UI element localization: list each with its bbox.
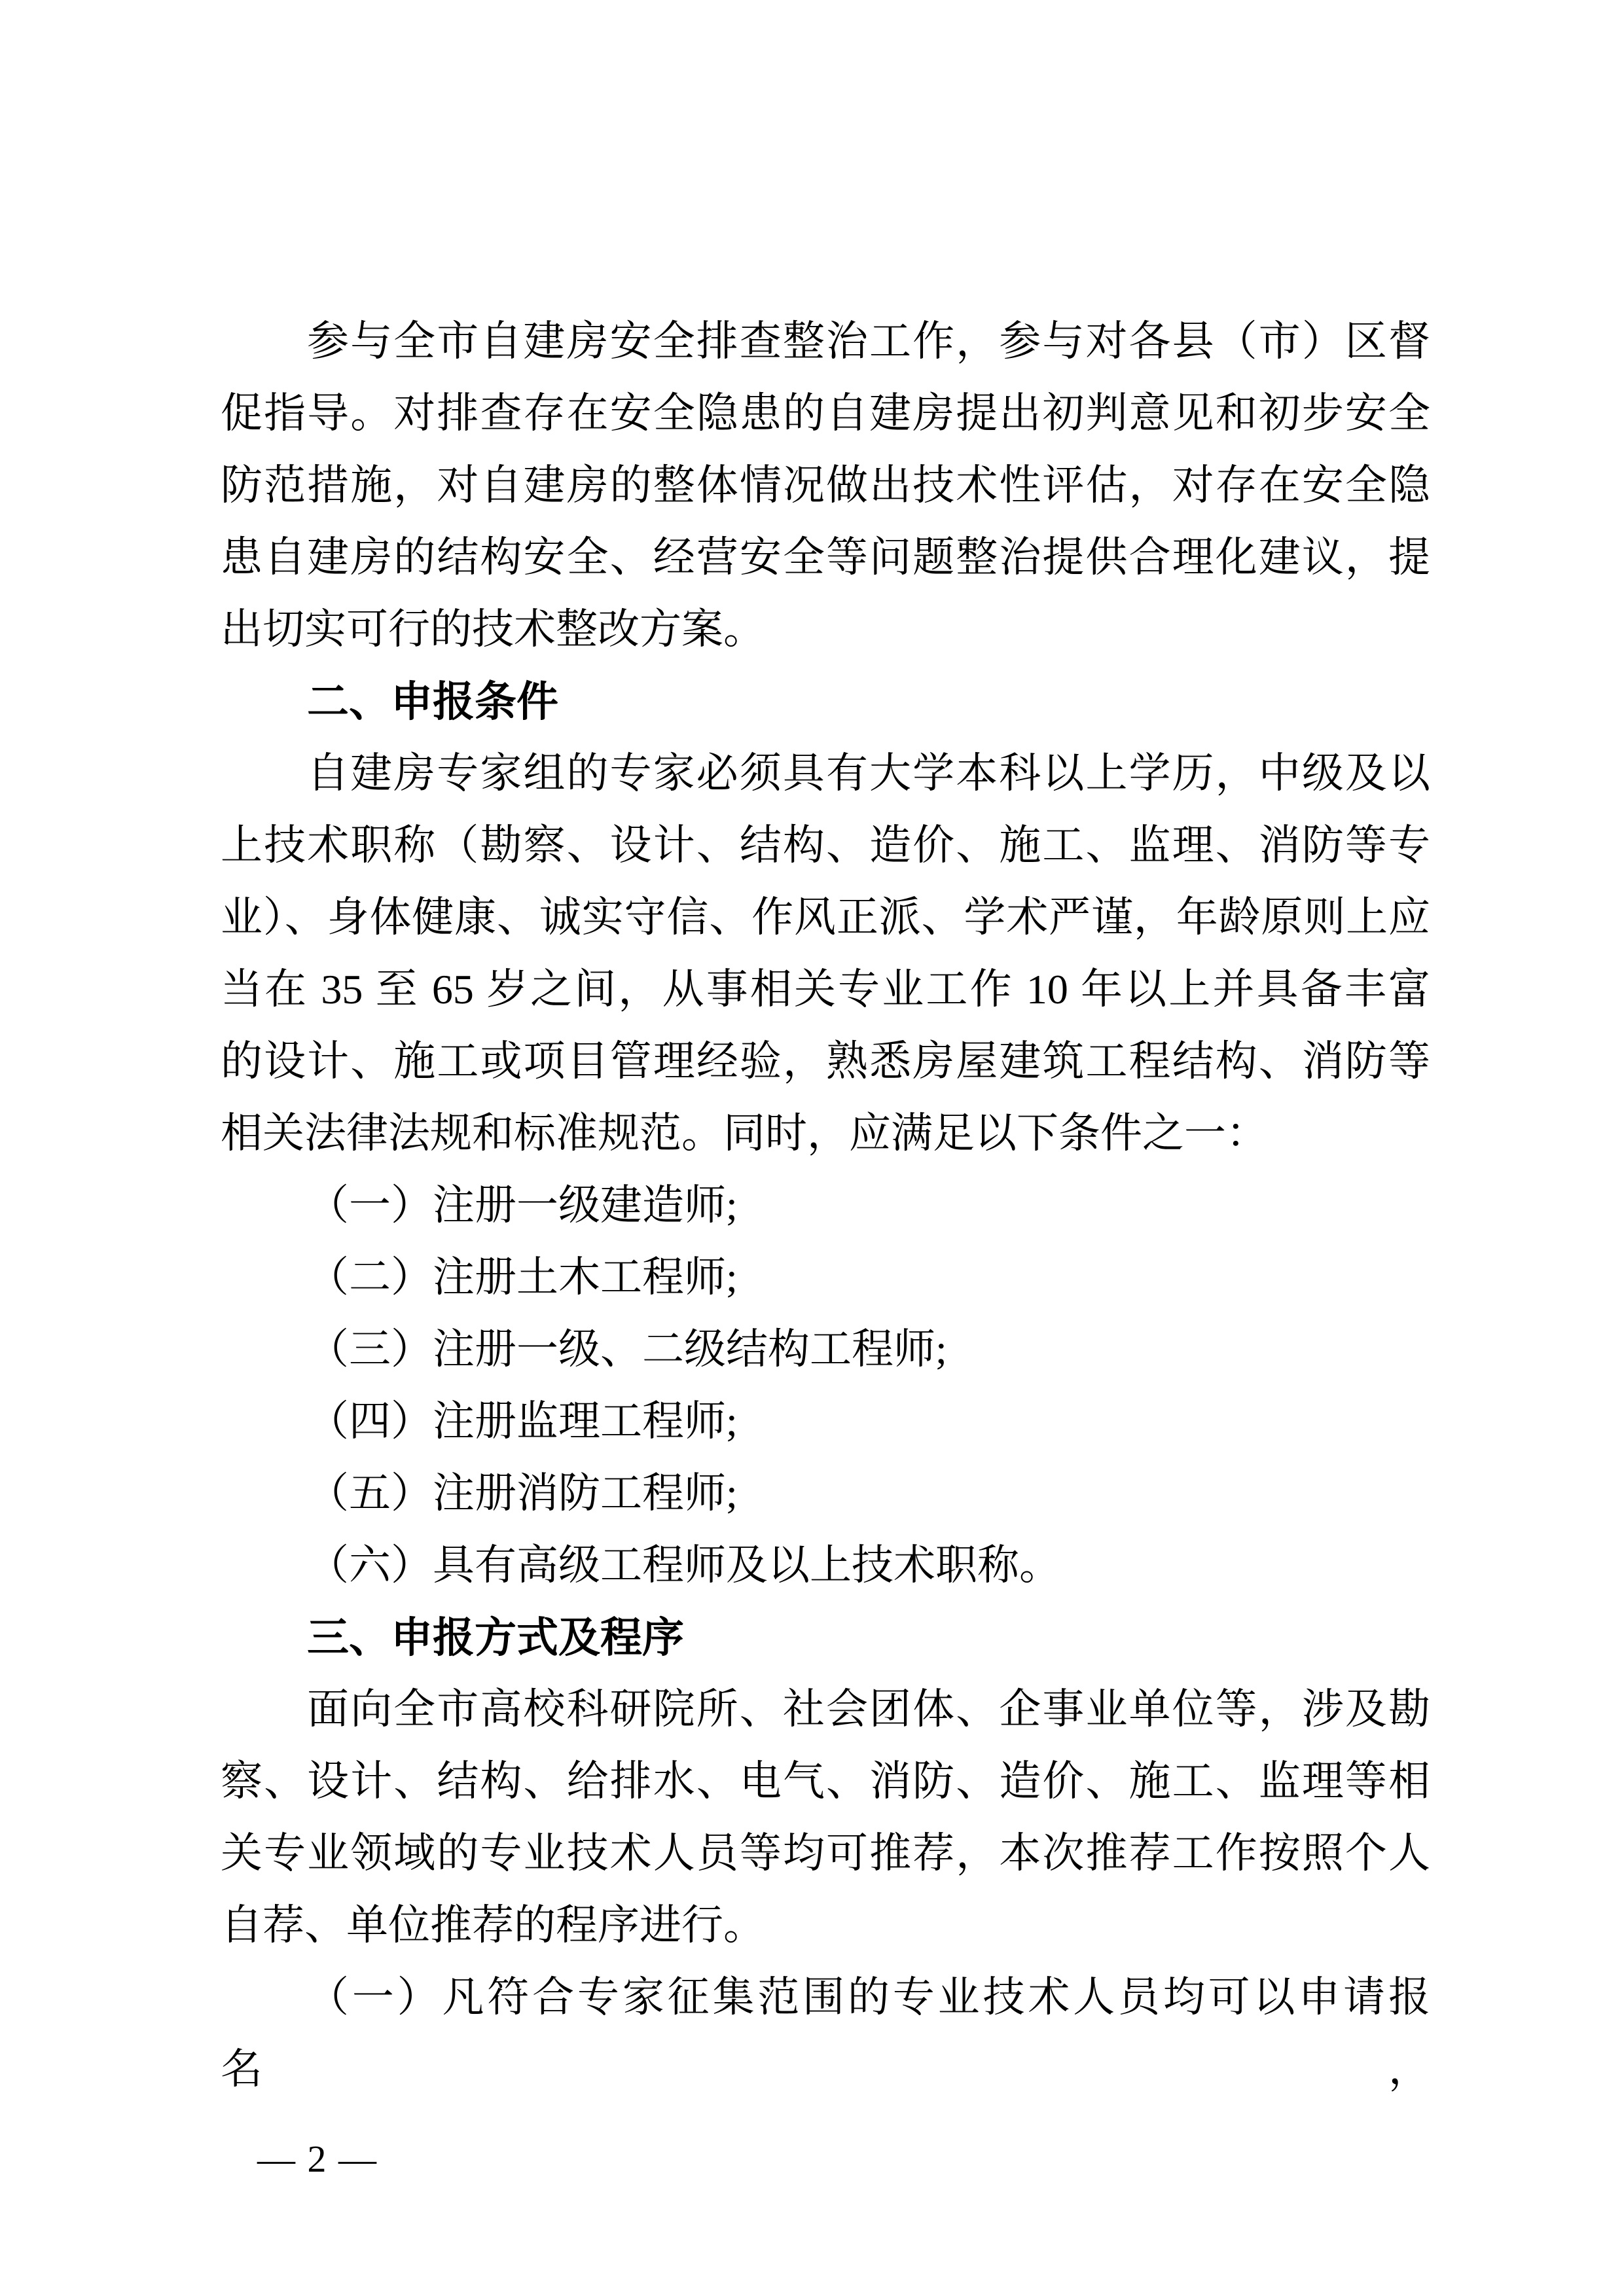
paragraph-line: 察、设计、结构、给排水、电气、消防、造价、施工、监理等相: [221, 1746, 1430, 1818]
paragraph-line: 参与全市自建房安全排查整治工作，参与对各县（市）区督: [221, 306, 1430, 378]
condition-item-2: （二）注册土木工程师;: [221, 1242, 1430, 1314]
paragraph-line: 防范措施，对自建房的整体情况做出技术性评估，对存在安全隐: [221, 450, 1430, 522]
paragraph-line: 业）、身体健康、诚实守信、作风正派、学术严谨，年龄原则上应: [221, 882, 1430, 954]
paragraph-line: 的设计、施工或项目管理经验，熟悉房屋建筑工程结构、消防等: [221, 1026, 1430, 1098]
paragraph-line: 自建房专家组的专家必须具有大学本科以上学历，中级及以: [221, 738, 1430, 810]
section-heading-3: 三、申报方式及程序: [221, 1602, 1430, 1674]
paragraph-line: 面向全市高校科研院所、社会团体、企事业单位等，涉及勘: [221, 1674, 1430, 1746]
condition-item-4: （四）注册监理工程师;: [221, 1386, 1430, 1458]
paragraph-line: 促指导。对排查存在安全隐患的自建房提出初判意见和初步安全: [221, 378, 1430, 450]
condition-item-1: （一）注册一级建造师;: [221, 1170, 1430, 1242]
condition-item-3: （三）注册一级、二级结构工程师;: [221, 1314, 1430, 1386]
section-heading-2: 二、申报条件: [221, 666, 1430, 738]
paragraph-line: 自荐、单位推荐的程序进行。: [221, 1890, 1430, 1962]
paragraph-line: 当在 35 至 65 岁之间，从事相关专业工作 10 年以上并具备丰富: [221, 954, 1430, 1026]
page-number: — 2 —: [257, 2135, 378, 2183]
condition-item-6: （六）具有高级工程师及以上技术职称。: [221, 1530, 1430, 1602]
paragraph-line: 相关法律法规和标准规范。同时，应满足以下条件之一：: [221, 1098, 1430, 1170]
paragraph-line: 关专业领域的专业技术人员等均可推荐，本次推荐工作按照个人: [221, 1818, 1430, 1890]
paragraph-line: 上技术职称（勘察、设计、结构、造价、施工、监理、消防等专: [221, 810, 1430, 882]
paragraph-line: （一）凡符合专家征集范围的专业技术人员均可以申请报名，: [221, 1962, 1430, 2034]
document-page: 参与全市自建房安全排查整治工作，参与对各县（市）区督 促指导。对排查存在安全隐患…: [0, 0, 1624, 2296]
condition-item-5: （五）注册消防工程师;: [221, 1458, 1430, 1530]
paragraph-line: 患自建房的结构安全、经营安全等问题整治提供合理化建议，提: [221, 522, 1430, 594]
document-body: 参与全市自建房安全排查整治工作，参与对各县（市）区督 促指导。对排查存在安全隐患…: [221, 306, 1430, 2034]
paragraph-line: 出切实可行的技术整改方案。: [221, 594, 1430, 666]
